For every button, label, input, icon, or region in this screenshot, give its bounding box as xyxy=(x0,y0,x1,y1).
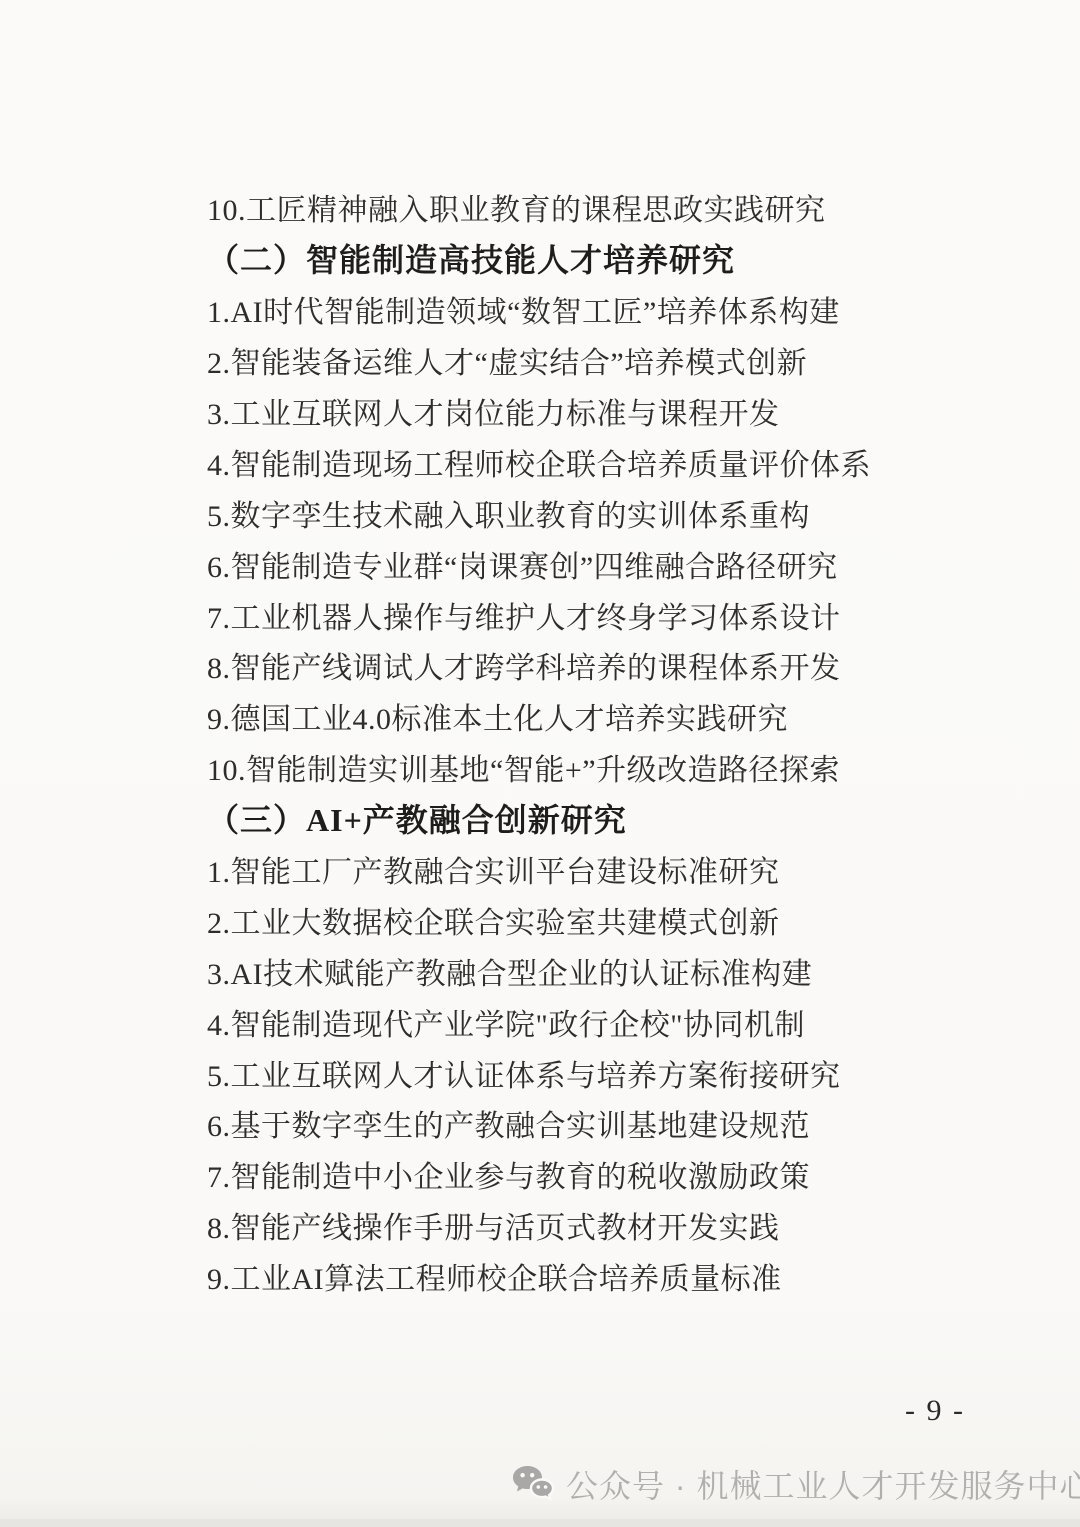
list-item: 3.工业互联网人才岗位能力标准与课程开发 xyxy=(207,386,871,437)
list-item: 1.智能工厂产教融合实训平台建设标准研究 xyxy=(207,844,871,895)
list-item: 3.AI技术赋能产教融合型企业的认证标准构建 xyxy=(207,945,871,996)
section-heading: （三）AI+产教融合创新研究 xyxy=(207,793,871,844)
list-item: 10.智能制造实训基地“智能+”升级改造路径探索 xyxy=(207,742,871,793)
list-item: 6.智能制造专业群“岗课赛创”四维融合路径研究 xyxy=(207,538,871,589)
section-heading: （二）智能制造高技能人才培养研究 xyxy=(207,233,871,284)
watermark-text: 公众号 · 机械工业人才开发服务中心 xyxy=(566,1461,1080,1507)
page-number: - 9 - xyxy=(905,1394,965,1428)
list-item: 2.工业大数据校企联合实验室共建模式创新 xyxy=(207,894,871,945)
list-item: 8.智能产线调试人才跨学科培养的课程体系开发 xyxy=(207,640,871,691)
topic-list: 10.工匠精神融入职业教育的课程思政实践研究 （二）智能制造高技能人才培养研究 … xyxy=(207,182,871,1302)
list-item: 6.基于数字孪生的产教融合实训基地建设规范 xyxy=(207,1098,871,1149)
list-item: 9.德国工业4.0标准本土化人才培养实践研究 xyxy=(207,691,871,742)
list-item: 5.工业互联网人才认证体系与培养方案衔接研究 xyxy=(207,1047,871,1098)
list-item: 7.工业机器人操作与维护人才终身学习体系设计 xyxy=(207,589,871,640)
list-item: 10.工匠精神融入职业教育的课程思政实践研究 xyxy=(207,182,871,233)
watermark-footer: 公众号 · 机械工业人才开发服务中心 xyxy=(512,1461,1080,1507)
list-item: 4.智能制造现代产业学院"政行企校"协同机制 xyxy=(207,996,871,1047)
page-bottom-edge xyxy=(0,1519,1080,1527)
list-item: 8.智能产线操作手册与活页式教材开发实践 xyxy=(207,1200,871,1251)
list-item: 7.智能制造中小企业参与教育的税收激励政策 xyxy=(207,1149,871,1200)
document-page: 10.工匠精神融入职业教育的课程思政实践研究 （二）智能制造高技能人才培养研究 … xyxy=(0,0,1080,1527)
list-item: 1.AI时代智能制造领域“数智工匠”培养体系构建 xyxy=(207,284,871,335)
wechat-icon xyxy=(512,1465,554,1503)
list-item: 9.工业AI算法工程师校企联合培养质量标准 xyxy=(207,1251,871,1302)
list-item: 2.智能装备运维人才“虚实结合”培养模式创新 xyxy=(207,335,871,386)
list-item: 4.智能制造现场工程师校企联合培养质量评价体系 xyxy=(207,436,871,487)
list-item: 5.数字孪生技术融入职业教育的实训体系重构 xyxy=(207,487,871,538)
